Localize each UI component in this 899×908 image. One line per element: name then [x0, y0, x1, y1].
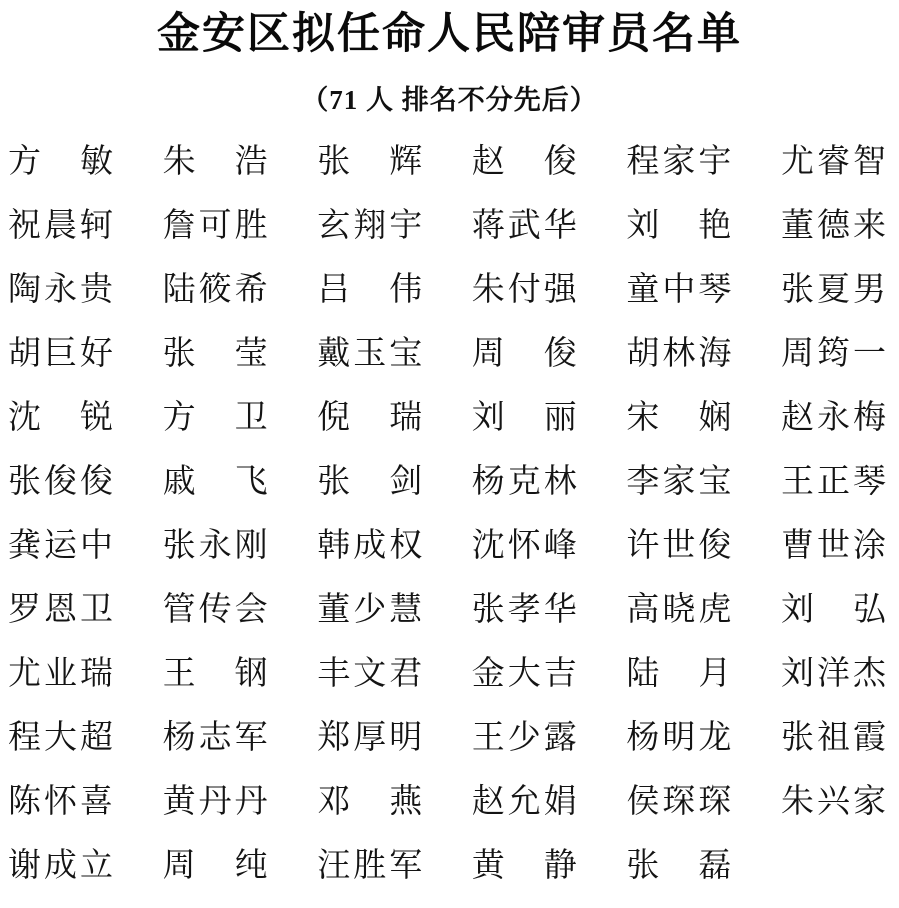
- document-page: 金安区拟任命人民陪审员名单 （71 人 排名不分先后） 方 敏朱 浩张 辉赵 俊…: [0, 0, 899, 908]
- juror-name: 杨克林: [472, 450, 580, 514]
- juror-name: 董德来: [781, 194, 889, 258]
- juror-name: 沈怀峰: [472, 514, 580, 578]
- juror-name: 朱兴家: [781, 770, 889, 834]
- juror-name: 沈 锐: [8, 386, 116, 450]
- juror-name: 杨志军: [163, 706, 271, 770]
- juror-name: 戚 飞: [163, 450, 271, 514]
- juror-name: 方 敏: [8, 130, 116, 194]
- juror-name: 宋 娴: [626, 386, 734, 450]
- juror-name: 周 俊: [472, 322, 580, 386]
- juror-name: 张 剑: [317, 450, 425, 514]
- juror-name: 尤业瑞: [8, 642, 116, 706]
- juror-name: 侯琛琛: [626, 770, 734, 834]
- juror-name: 周 纯: [163, 834, 271, 898]
- juror-name: 谢成立: [8, 834, 116, 898]
- juror-name: 张 辉: [317, 130, 425, 194]
- juror-name: 杨明龙: [626, 706, 734, 770]
- juror-name: 张 莹: [163, 322, 271, 386]
- juror-name: 童中琴: [626, 258, 734, 322]
- juror-name: 蒋武华: [472, 194, 580, 258]
- juror-name: 尤睿智: [781, 130, 889, 194]
- juror-name: 张永刚: [163, 514, 271, 578]
- juror-name: 程大超: [8, 706, 116, 770]
- juror-name: 张孝华: [472, 578, 580, 642]
- juror-name: 陶永贵: [8, 258, 116, 322]
- juror-name: 赵永梅: [781, 386, 889, 450]
- juror-name: 张俊俊: [8, 450, 116, 514]
- juror-name: 张 磊: [626, 834, 734, 898]
- juror-name: 胡林海: [626, 322, 734, 386]
- juror-name: 刘洋杰: [781, 642, 889, 706]
- juror-name: 王 钢: [163, 642, 271, 706]
- juror-name: 赵 俊: [472, 130, 580, 194]
- juror-name: 陆 月: [626, 642, 734, 706]
- juror-name: 高晓虎: [626, 578, 734, 642]
- juror-name: 吕 伟: [317, 258, 425, 322]
- juror-name: 戴玉宝: [317, 322, 425, 386]
- juror-name: 金大吉: [472, 642, 580, 706]
- juror-name: 罗恩卫: [8, 578, 116, 642]
- juror-name: 丰文君: [317, 642, 425, 706]
- juror-name: 王正琴: [781, 450, 889, 514]
- juror-name: 黄丹丹: [163, 770, 271, 834]
- juror-name: 韩成权: [317, 514, 425, 578]
- juror-name: 汪胜军: [317, 834, 425, 898]
- juror-name: 龚运中: [8, 514, 116, 578]
- juror-name: 黄 静: [472, 834, 580, 898]
- juror-name: 许世俊: [626, 514, 734, 578]
- juror-name: 刘 丽: [472, 386, 580, 450]
- juror-name: 詹可胜: [163, 194, 271, 258]
- juror-name: 郑厚明: [317, 706, 425, 770]
- juror-name: 赵允娟: [472, 770, 580, 834]
- juror-name: 胡巨好: [8, 322, 116, 386]
- juror-name: 张祖霞: [781, 706, 889, 770]
- juror-name: 刘 弘: [781, 578, 889, 642]
- juror-name: 朱付强: [472, 258, 580, 322]
- juror-name: 周筠一: [781, 322, 889, 386]
- page-subtitle: （71 人 排名不分先后）: [0, 84, 899, 116]
- juror-name: 陆筱希: [163, 258, 271, 322]
- juror-name: 倪 瑞: [317, 386, 425, 450]
- juror-name: 祝晨轲: [8, 194, 116, 258]
- juror-name: 董少慧: [317, 578, 425, 642]
- juror-name: 邓 燕: [317, 770, 425, 834]
- juror-name: 朱 浩: [163, 130, 271, 194]
- juror-name: 玄翔宇: [317, 194, 425, 258]
- juror-name: 刘 艳: [626, 194, 734, 258]
- juror-name: 方 卫: [163, 386, 271, 450]
- juror-name: 王少露: [472, 706, 580, 770]
- page-title: 金安区拟任命人民陪审员名单: [0, 0, 899, 62]
- juror-name: 张夏男: [781, 258, 889, 322]
- juror-grid: 方 敏朱 浩张 辉赵 俊程家宇尤睿智祝晨轲詹可胜玄翔宇蒋武华刘 艳董德来陶永贵陆…: [0, 130, 899, 898]
- juror-name: 管传会: [163, 578, 271, 642]
- juror-name: 曹世涂: [781, 514, 889, 578]
- juror-name: 陈怀喜: [8, 770, 116, 834]
- juror-name: 程家宇: [626, 130, 734, 194]
- juror-name: 李家宝: [626, 450, 734, 514]
